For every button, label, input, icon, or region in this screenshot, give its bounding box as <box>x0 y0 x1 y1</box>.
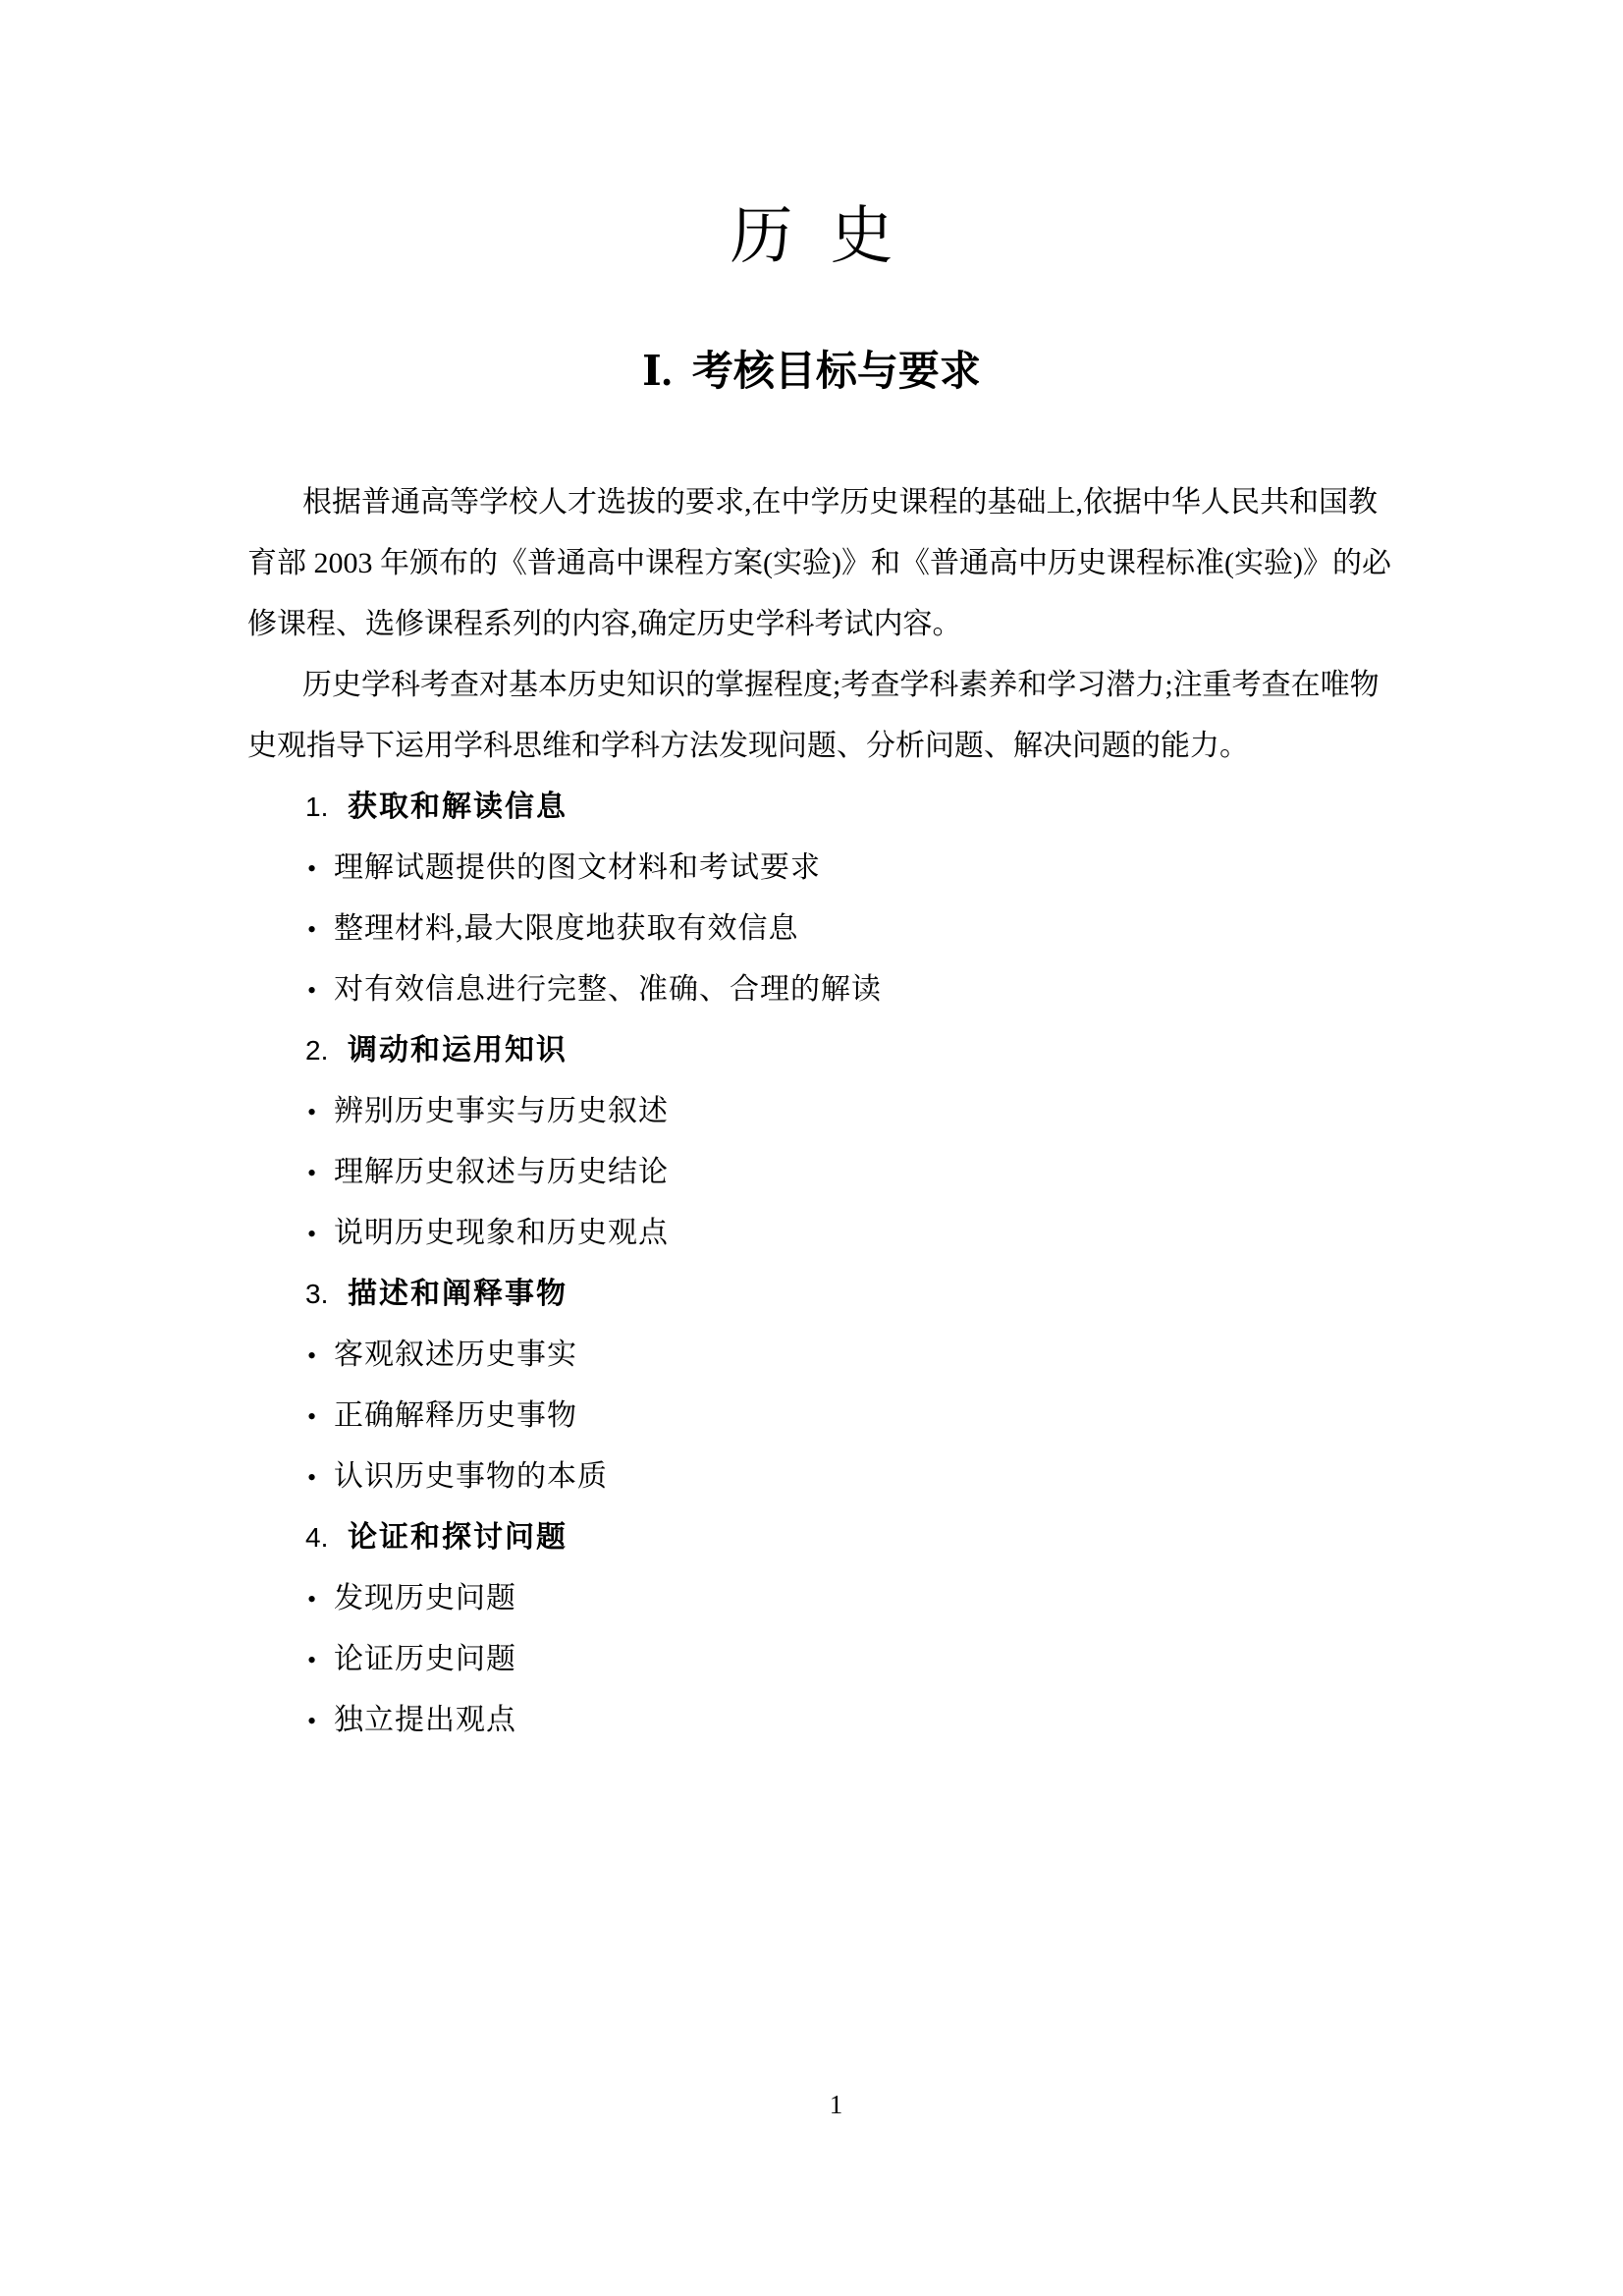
page-number: 1 <box>0 2074 1623 2135</box>
list-item: •客观叙述历史事实 <box>247 1325 1441 1386</box>
list-item: •整理材料,最大限度地获取有效信息 <box>247 899 1441 959</box>
paragraph-line: 史观指导下运用学科思维和学科方法发现问题、分析问题、解决问题的能力。 <box>247 716 1441 777</box>
paragraph-line: 历史学科考查对基本历史知识的掌握程度;考查学科素养和学习潜力;注重考查在唯物 <box>247 655 1441 716</box>
section-heading: Ⅰ. 考核目标与要求 <box>0 344 1623 401</box>
bullet-icon: • <box>307 839 334 900</box>
objective-heading: 1.获取和解读信息 <box>247 777 1441 838</box>
objective-number: 3. <box>305 1264 348 1325</box>
bullet-icon: • <box>307 1143 334 1204</box>
list-item: •认识历史事物的本质 <box>247 1447 1441 1507</box>
bullet-icon: • <box>307 1082 334 1143</box>
list-item-text: 说明历史现象和历史观点 <box>334 1217 669 1249</box>
list-item-text: 独立提出观点 <box>334 1704 516 1736</box>
objective-heading: 4.论证和探讨问题 <box>247 1507 1441 1568</box>
objective-heading: 3.描述和阐释事物 <box>247 1264 1441 1325</box>
objective-label: 描述和阐释事物 <box>348 1278 568 1310</box>
list-item: •独立提出观点 <box>247 1690 1441 1751</box>
list-item: •辨别历史事实与历史叙述 <box>247 1081 1441 1142</box>
list-item-text: 论证历史问题 <box>334 1643 516 1675</box>
objective-label: 获取和解读信息 <box>348 791 568 823</box>
document-page: 历 史 Ⅰ. 考核目标与要求 根据普通高等学校人才选拔的要求,在中学历史课程的基… <box>0 0 1623 2296</box>
objective-number: 2. <box>305 1020 348 1081</box>
bullet-icon: • <box>307 1448 334 1508</box>
document-title: 历 史 <box>0 200 1623 273</box>
list-item: •发现历史问题 <box>247 1568 1441 1629</box>
list-item: •对有效信息进行完整、准确、合理的解读 <box>247 959 1441 1020</box>
bullet-icon: • <box>307 900 334 960</box>
bullet-icon: • <box>307 1204 334 1265</box>
list-item-text: 理解历史叙述与历史结论 <box>334 1156 669 1188</box>
objective-number: 4. <box>305 1507 348 1568</box>
document-body: 根据普通高等学校人才选拔的要求,在中学历史课程的基础上,依据中华人民共和国教 育… <box>247 472 1441 1751</box>
objective-label: 论证和探讨问题 <box>348 1521 568 1554</box>
list-item-text: 发现历史问题 <box>334 1582 516 1614</box>
list-item-text: 对有效信息进行完整、准确、合理的解读 <box>334 973 882 1006</box>
objective-label: 调动和运用知识 <box>348 1034 568 1066</box>
paragraph-line: 育部 2003 年颁布的《普通高中课程方案(实验)》和《普通高中历史课程标准(实… <box>247 533 1441 594</box>
paragraph-line: 根据普通高等学校人才选拔的要求,在中学历史课程的基础上,依据中华人民共和国教 <box>247 472 1441 533</box>
bullet-icon: • <box>307 1691 334 1752</box>
bullet-icon: • <box>307 1326 334 1387</box>
bullet-icon: • <box>307 1387 334 1448</box>
list-item-text: 客观叙述历史事实 <box>334 1339 577 1371</box>
bullet-icon: • <box>307 960 334 1021</box>
list-item: •理解历史叙述与历史结论 <box>247 1142 1441 1203</box>
objective-heading: 2.调动和运用知识 <box>247 1020 1441 1081</box>
bullet-icon: • <box>307 1569 334 1630</box>
list-item-text: 正确解释历史事物 <box>334 1399 577 1432</box>
list-item-text: 认识历史事物的本质 <box>334 1460 608 1493</box>
objective-number: 1. <box>305 777 348 838</box>
list-item: •论证历史问题 <box>247 1629 1441 1690</box>
list-item-text: 理解试题提供的图文材料和考试要求 <box>334 851 821 884</box>
list-item-text: 辨别历史事实与历史叙述 <box>334 1095 669 1127</box>
list-item: •说明历史现象和历史观点 <box>247 1203 1441 1264</box>
list-item: •正确解释历史事物 <box>247 1386 1441 1447</box>
list-item-text: 整理材料,最大限度地获取有效信息 <box>334 912 799 945</box>
list-item: •理解试题提供的图文材料和考试要求 <box>247 838 1441 899</box>
paragraph-line: 修课程、选修课程系列的内容,确定历史学科考试内容。 <box>247 594 1441 655</box>
bullet-icon: • <box>307 1630 334 1691</box>
